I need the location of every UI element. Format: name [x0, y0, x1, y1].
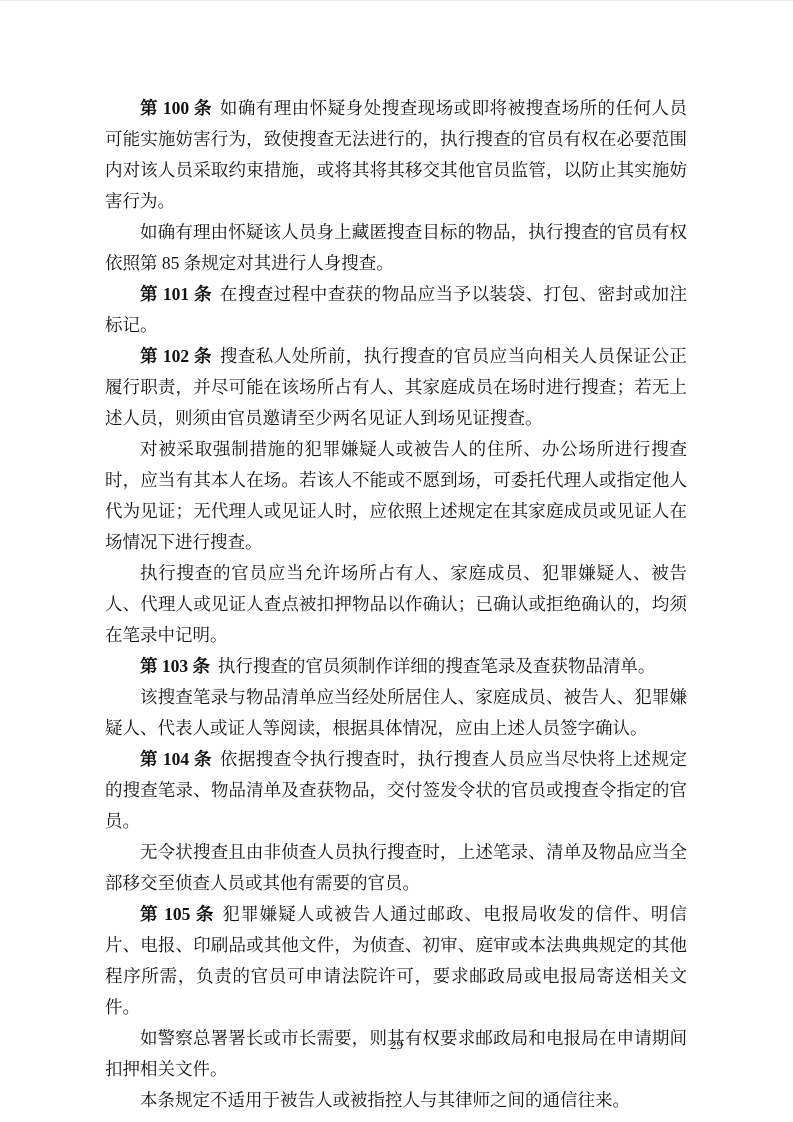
page-number: 29 [390, 1037, 403, 1052]
article-paragraph: 该搜查笔录与物品清单应当经处所居住人、家庭成员、被告人、犯罪嫌疑人、代表人或证人… [105, 682, 687, 744]
article-100: 第 100 条如确有理由怀疑身处搜查现场或即将被搜查场所的任何人员可能实施妨害行… [105, 93, 687, 279]
article-101: 第 101 条在搜查过程中查获的物品应当予以装袋、打包、密封或加注标记。 [105, 279, 687, 341]
article-number: 第 105 条 [140, 904, 215, 924]
article-paragraph: 第 105 条犯罪嫌疑人或被告人通过邮政、电报局收发的信件、明信片、电报、印刷品… [105, 899, 687, 1023]
article-paragraph: 对被采取强制措施的犯罪嫌疑人或被告人的住所、办公场所进行搜查时，应当有其本人在场… [105, 434, 687, 558]
article-paragraph: 如警察总署署长或市长需要，则其有权要求邮政局和电报局在申请期间扣押相关文件。 [105, 1023, 687, 1085]
article-104: 第 104 条依据搜查令执行搜查时，执行搜查人员应当尽快将上述规定的搜查笔录、物… [105, 744, 687, 899]
article-105: 第 105 条犯罪嫌疑人或被告人通过邮政、电报局收发的信件、明信片、电报、印刷品… [105, 899, 687, 1116]
page-footer: 29 [0, 1037, 793, 1053]
article-paragraph: 第 101 条在搜查过程中查获的物品应当予以装袋、打包、密封或加注标记。 [105, 279, 687, 341]
article-paragraph: 本条规定不适用于被告人或被指控人与其律师之间的通信往来。 [105, 1085, 687, 1116]
article-number: 第 102 条 [140, 346, 212, 366]
article-102: 第 102 条搜查私人处所前，执行搜查的官员应当向相关人员保证公正履行职责，并尽… [105, 341, 687, 651]
article-paragraph: 无令状搜查且由非侦查人员执行搜查时，上述笔录、清单及物品应当全部移交至侦查人员或… [105, 837, 687, 899]
article-103: 第 103 条执行搜查的官员须制作详细的搜查笔录及查获物品清单。 该搜查笔录与物… [105, 651, 687, 744]
article-paragraph: 第 103 条执行搜查的官员须制作详细的搜查笔录及查获物品清单。 [105, 651, 687, 682]
article-paragraph: 如确有理由怀疑该人员身上藏匿搜查目标的物品，执行搜查的官员有权依照第 85 条规… [105, 217, 687, 279]
article-paragraph: 第 100 条如确有理由怀疑身处搜查现场或即将被搜查场所的任何人员可能实施妨害行… [105, 93, 687, 217]
article-number: 第 104 条 [140, 749, 212, 769]
page-content: 第 100 条如确有理由怀疑身处搜查现场或即将被搜查场所的任何人员可能实施妨害行… [105, 93, 687, 1116]
article-paragraph: 第 102 条搜查私人处所前，执行搜查的官员应当向相关人员保证公正履行职责，并尽… [105, 341, 687, 434]
article-number: 第 103 条 [140, 656, 210, 676]
article-number: 第 101 条 [140, 284, 212, 304]
article-paragraph: 执行搜查的官员应当允许场所占有人、家庭成员、犯罪嫌疑人、被告人、代理人或见证人查… [105, 558, 687, 651]
article-text: 执行搜查的官员须制作详细的搜查笔录及查获物品清单。 [218, 656, 656, 676]
document-page: 第 100 条如确有理由怀疑身处搜查现场或即将被搜查场所的任何人员可能实施妨害行… [0, 0, 793, 1122]
article-number: 第 100 条 [140, 98, 212, 118]
article-paragraph: 第 104 条依据搜查令执行搜查时，执行搜查人员应当尽快将上述规定的搜查笔录、物… [105, 744, 687, 837]
